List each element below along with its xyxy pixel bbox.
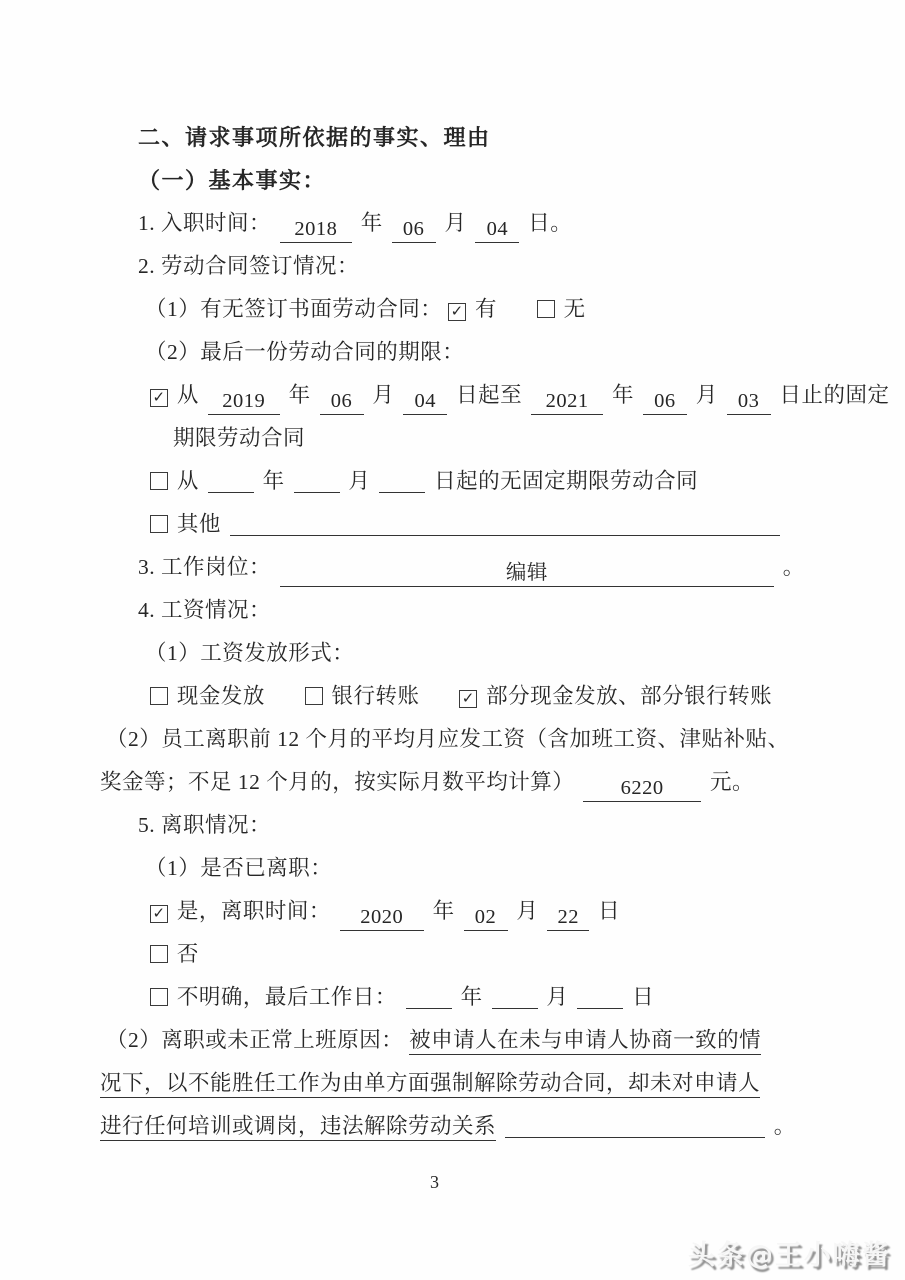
written-no-label: 无 bbox=[564, 297, 586, 321]
job-position-label: 3. 工作岗位： bbox=[138, 555, 271, 579]
year-unit: 年 bbox=[289, 383, 311, 407]
other-term-blank bbox=[230, 509, 780, 536]
fixed-end-month-blank: 06 bbox=[643, 388, 687, 415]
other-term-label: 其他 bbox=[177, 512, 221, 536]
wage-section-label: 4. 工资情况： bbox=[97, 589, 772, 632]
fixed-term-option-line1: ✓ 从 2019 年 06 月 04 日起至 2021 年 06 月 03 日止… bbox=[97, 374, 772, 417]
fixed-term-from: 从 bbox=[177, 383, 199, 407]
written-yes-label: 有 bbox=[475, 297, 497, 321]
open-term-option-line: 从 年 月 日起的无固定期限劳动合同 bbox=[97, 460, 772, 503]
hire-year-blank: 2018 bbox=[280, 216, 352, 243]
month-unit: 月 bbox=[696, 383, 718, 407]
checkbox-unchecked-icon bbox=[150, 515, 168, 533]
fixed-term-option-line2: 期限劳动合同 bbox=[97, 417, 772, 460]
avg-wage-line2: 奖金等；不足 12 个月的，按实际月数平均计算） 6220 元。 bbox=[97, 761, 772, 804]
checkbox-checked-icon: ✓ bbox=[459, 690, 477, 708]
resign-status-label: （1）是否已离职： bbox=[97, 847, 772, 890]
resign-no-line: 否 bbox=[97, 933, 772, 976]
resign-yes-label: 是，离职时间： bbox=[177, 899, 331, 923]
checkbox-unchecked-icon bbox=[150, 988, 168, 1006]
wage-section-label-text: 4. 工资情况： bbox=[138, 598, 271, 622]
avg-wage-unit: 元。 bbox=[710, 770, 754, 794]
open-month-blank bbox=[294, 466, 340, 493]
resign-reason-text2: 况下，以不能胜任工作为由单方面强制解除劳动合同，却未对申请人 bbox=[100, 1071, 760, 1098]
watermark-text: 头条@王小嗨酱 bbox=[688, 1233, 891, 1272]
check-mark: ✓ bbox=[462, 691, 475, 705]
resign-month-blank: 02 bbox=[464, 904, 508, 931]
resign-reason-text1: 被申请人在未与申请人协商一致的情 bbox=[409, 1028, 761, 1055]
checkbox-unchecked-icon bbox=[150, 945, 168, 963]
resign-unclear-line: 不明确，最后工作日： 年 月 日 bbox=[97, 976, 772, 1019]
fixed-end-year-blank: 2021 bbox=[531, 388, 603, 415]
year-unit: 年 bbox=[263, 469, 285, 493]
year-unit: 年 bbox=[612, 383, 634, 407]
basic-facts-heading-text: （一）基本事实： bbox=[138, 168, 326, 193]
resign-year-blank: 2020 bbox=[340, 904, 424, 931]
open-year-blank bbox=[208, 466, 254, 493]
resign-day-blank: 22 bbox=[547, 904, 589, 931]
fixed-term-mid: 日起至 bbox=[456, 383, 522, 407]
resign-section-label: 5. 离职情况： bbox=[97, 804, 772, 847]
day-unit: 日。 bbox=[528, 211, 572, 235]
job-position-line: 3. 工作岗位： 编辑 。 bbox=[97, 546, 772, 589]
fixed-start-month-blank: 06 bbox=[320, 388, 364, 415]
contract-section-label: 2. 劳动合同签订情况： bbox=[97, 245, 772, 288]
avg-wage-line2-text: 奖金等；不足 12 个月的，按实际月数平均计算） bbox=[100, 770, 574, 794]
avg-wage-amount-blank: 6220 bbox=[583, 775, 701, 802]
year-unit: 年 bbox=[361, 211, 383, 235]
open-term-tail: 日起的无固定期限劳动合同 bbox=[434, 469, 698, 493]
fixed-start-day-blank: 04 bbox=[403, 388, 447, 415]
open-day-blank bbox=[379, 466, 425, 493]
wage-form-options-line: 现金发放 银行转账 ✓ 部分现金发放、部分银行转账 bbox=[97, 675, 772, 718]
checkbox-unchecked-icon bbox=[150, 472, 168, 490]
checkbox-checked-icon: ✓ bbox=[448, 303, 466, 321]
unclear-month-blank bbox=[492, 982, 538, 1009]
resign-yes-line: ✓ 是，离职时间： 2020 年 02 月 22 日 bbox=[97, 890, 772, 933]
wage-option-bank: 银行转账 bbox=[332, 684, 420, 708]
basic-facts-heading: （一）基本事实： bbox=[97, 159, 772, 202]
month-unit: 月 bbox=[516, 899, 538, 923]
month-unit: 月 bbox=[348, 469, 370, 493]
unclear-year-blank bbox=[406, 982, 452, 1009]
resign-reason-line3: 进行任何培训或调岗，违法解除劳动关系 。 bbox=[97, 1105, 772, 1148]
resign-reason-line2: 况下，以不能胜任工作为由单方面强制解除劳动合同，却未对申请人 bbox=[97, 1062, 772, 1105]
hire-day-blank: 04 bbox=[475, 216, 519, 243]
checkbox-unchecked-icon bbox=[305, 687, 323, 705]
year-unit: 年 bbox=[461, 985, 483, 1009]
contract-section-label-text: 2. 劳动合同签订情况： bbox=[138, 254, 359, 278]
checkbox-checked-icon: ✓ bbox=[150, 389, 168, 407]
resign-reason-line1: （2）离职或未正常上班原因： 被申请人在未与申请人协商一致的情 bbox=[97, 1019, 772, 1062]
checkbox-unchecked-icon bbox=[537, 300, 555, 318]
checkbox-unchecked-icon bbox=[150, 687, 168, 705]
resign-reason-text3: 进行任何培训或调岗，违法解除劳动关系 bbox=[100, 1114, 496, 1141]
avg-wage-line1-text: （2）员工离职前 12 个月的平均月应发工资（含加班工资、津贴补贴、 bbox=[106, 727, 790, 751]
written-contract-line: （1）有无签订书面劳动合同： ✓ 有 无 bbox=[97, 288, 772, 331]
section-heading-text: 二、请求事项所依据的事实、理由 bbox=[138, 125, 491, 150]
open-term-from: 从 bbox=[177, 469, 199, 493]
check-mark: ✓ bbox=[451, 304, 464, 318]
resign-status-label-text: （1）是否已离职： bbox=[145, 856, 332, 880]
resign-unclear-label: 不明确，最后工作日： bbox=[177, 985, 397, 1009]
wage-option-cash: 现金发放 bbox=[177, 684, 265, 708]
resign-reason-period: 。 bbox=[774, 1114, 796, 1138]
other-term-option-line: 其他 bbox=[97, 503, 772, 546]
resign-day-unit: 日 bbox=[598, 899, 620, 923]
scanned-form-page: 二、请求事项所依据的事实、理由 （一）基本事实： 1. 入职时间： 2018 年… bbox=[0, 0, 905, 1193]
resign-no-label: 否 bbox=[177, 942, 199, 966]
written-contract-label: （1）有无签订书面劳动合同： bbox=[145, 297, 442, 321]
section-heading: 二、请求事项所依据的事实、理由 bbox=[97, 116, 772, 159]
month-unit: 月 bbox=[445, 211, 467, 235]
month-unit: 月 bbox=[372, 383, 394, 407]
year-unit: 年 bbox=[433, 899, 455, 923]
fixed-term-tail: 日止的固定 bbox=[779, 383, 889, 407]
check-mark: ✓ bbox=[152, 390, 165, 404]
job-position-blank: 编辑 bbox=[280, 560, 774, 587]
page-number: 3 bbox=[97, 1172, 772, 1193]
unclear-day-unit: 日 bbox=[632, 985, 654, 1009]
resign-reason-label: （2）离职或未正常上班原因： bbox=[106, 1028, 403, 1052]
month-unit: 月 bbox=[546, 985, 568, 1009]
hire-date-line: 1. 入职时间： 2018 年 06 月 04 日。 bbox=[97, 202, 772, 245]
fixed-end-day-blank: 03 bbox=[727, 388, 771, 415]
resign-section-label-text: 5. 离职情况： bbox=[138, 813, 271, 837]
wage-form-label-text: （1）工资发放形式： bbox=[145, 641, 354, 665]
checkbox-checked-icon: ✓ bbox=[150, 905, 168, 923]
fixed-term-line2-text: 期限劳动合同 bbox=[173, 426, 305, 450]
contract-term-label-text: （2）最后一份劳动合同的期限： bbox=[145, 340, 464, 364]
wage-form-label: （1）工资发放形式： bbox=[97, 632, 772, 675]
fixed-start-year-blank: 2019 bbox=[208, 388, 280, 415]
check-mark: ✓ bbox=[152, 906, 165, 920]
resign-reason-trailing-blank bbox=[505, 1111, 765, 1138]
unclear-day-blank bbox=[577, 982, 623, 1009]
contract-term-label: （2）最后一份劳动合同的期限： bbox=[97, 331, 772, 374]
hire-month-blank: 06 bbox=[392, 216, 436, 243]
wage-option-mixed: 部分现金发放、部分银行转账 bbox=[486, 684, 772, 708]
job-position-period: 。 bbox=[783, 555, 805, 579]
avg-wage-line1: （2）员工离职前 12 个月的平均月应发工资（含加班工资、津贴补贴、 bbox=[97, 718, 772, 761]
hire-date-label: 1. 入职时间： bbox=[138, 211, 271, 235]
